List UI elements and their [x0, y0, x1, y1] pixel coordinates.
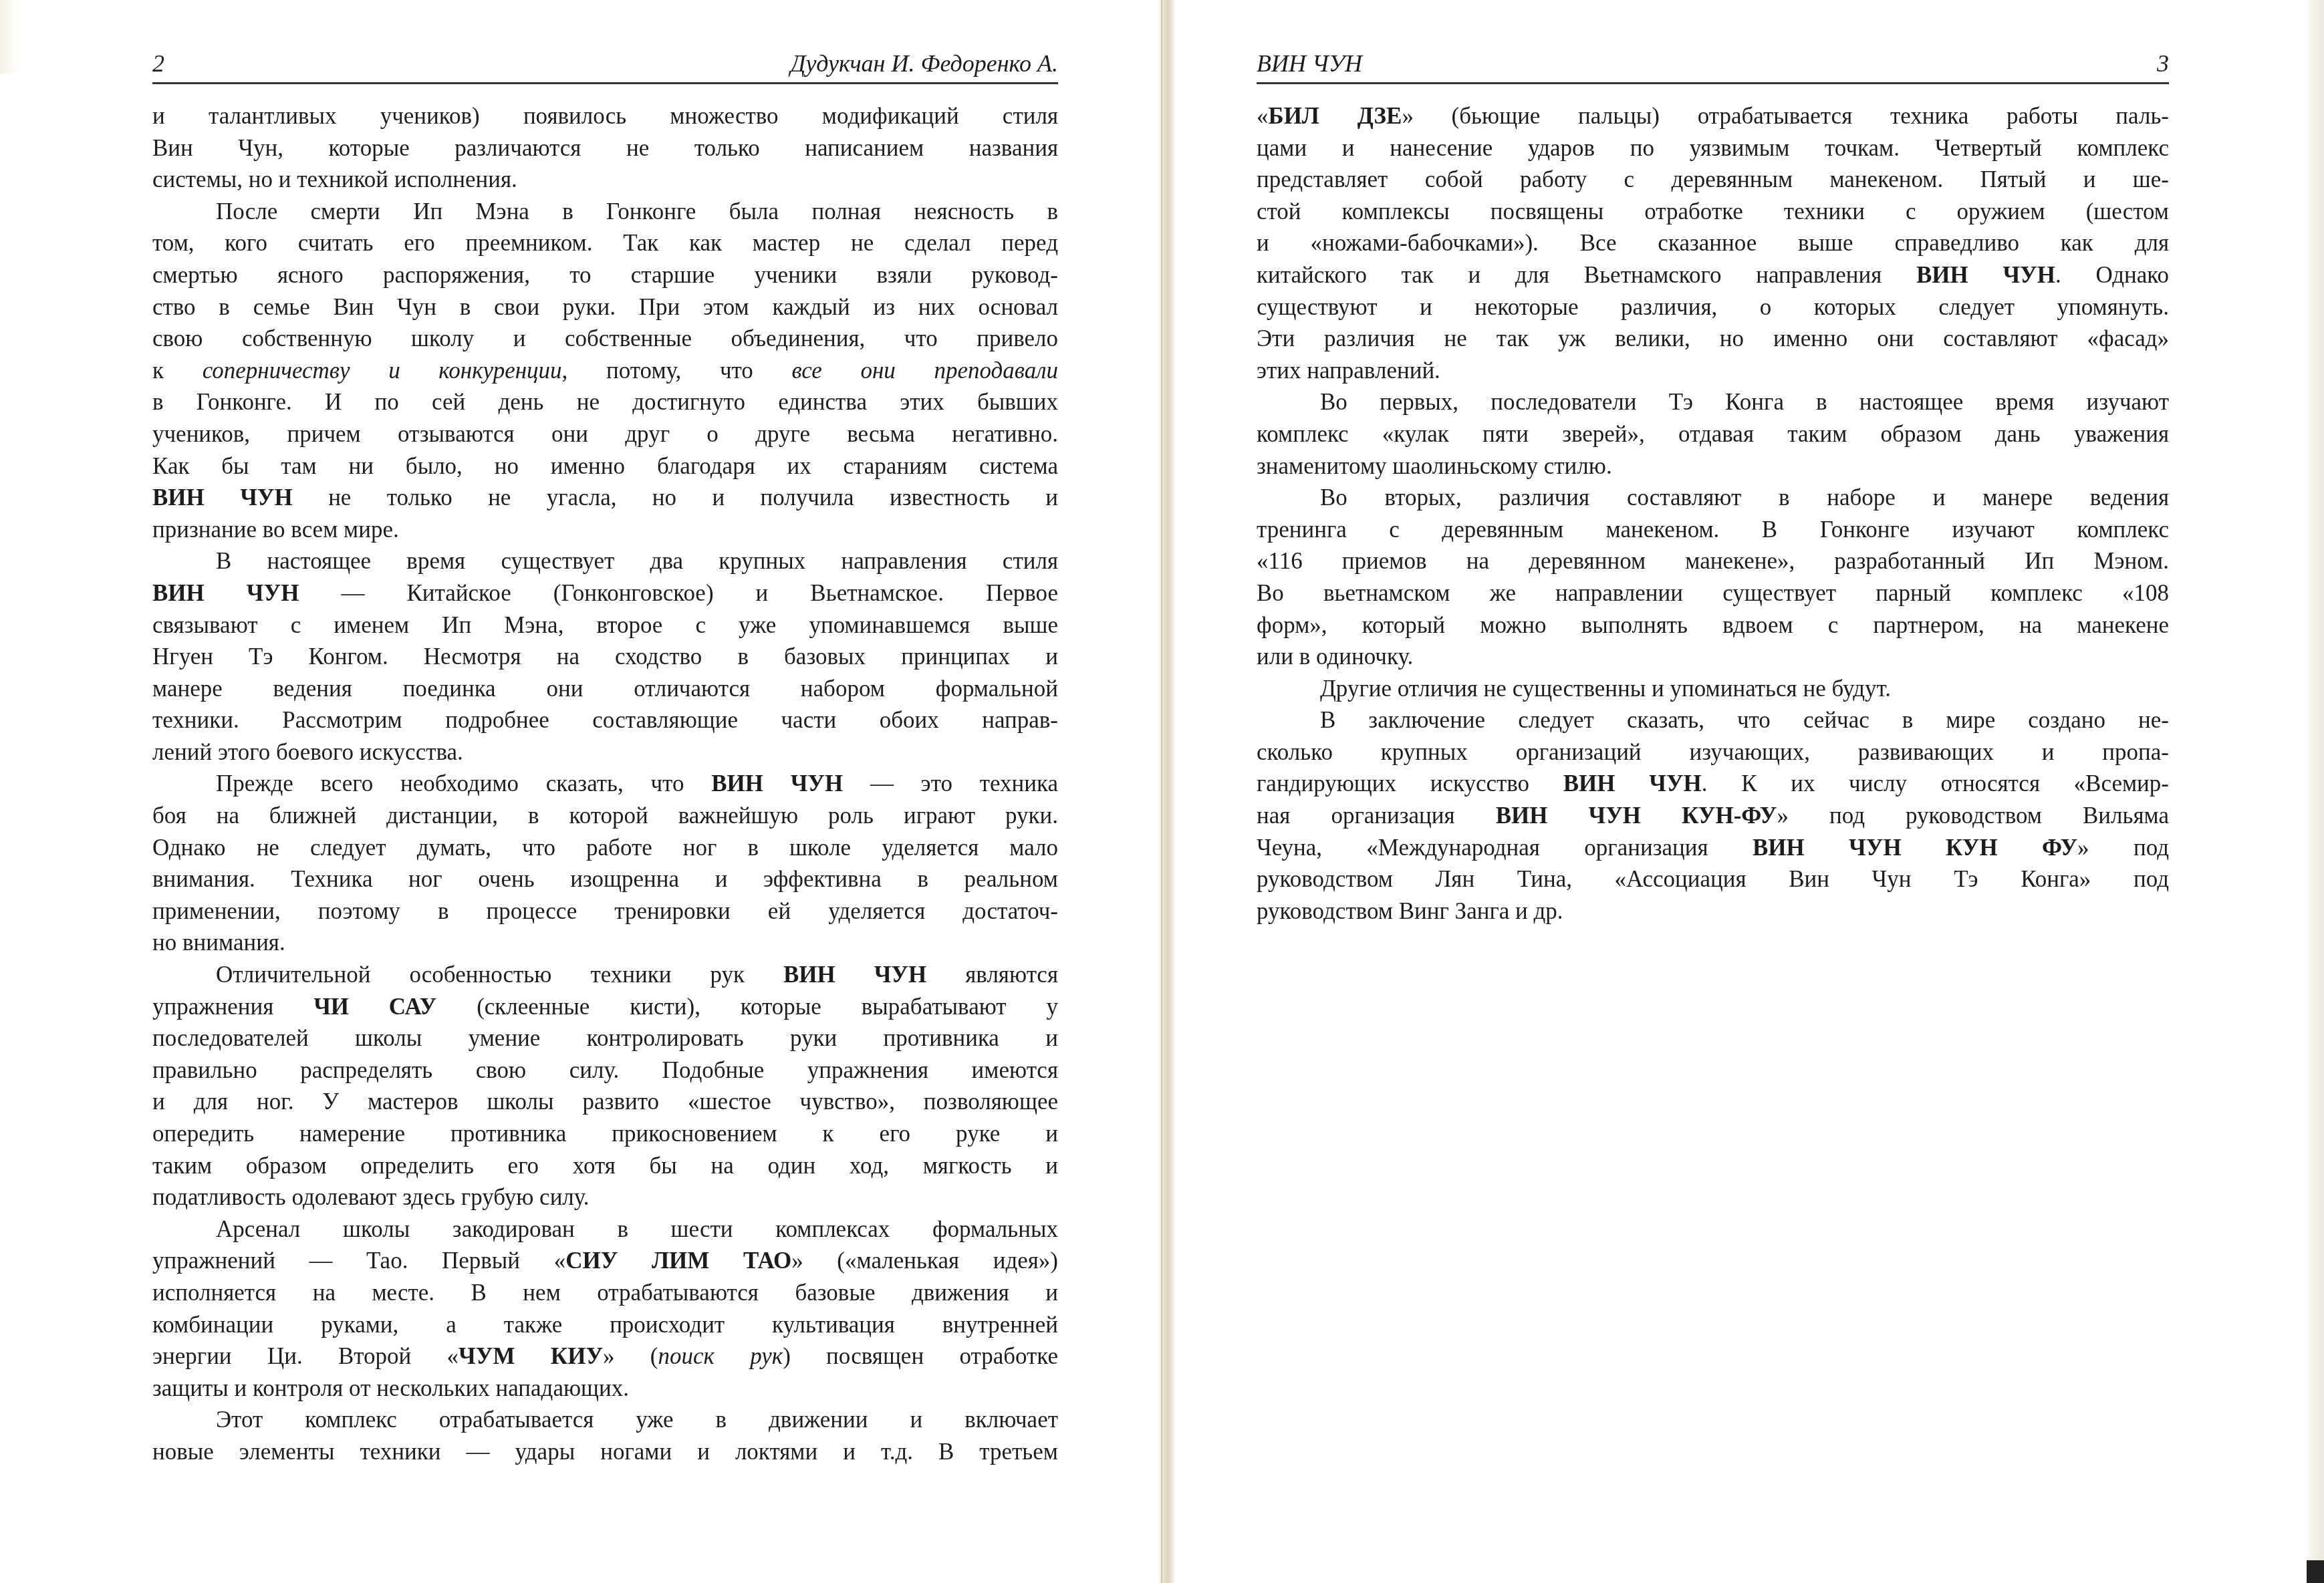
- text-line: форм», который можно выполнять вдвоем с …: [1257, 609, 2169, 641]
- page-header: ВИН ЧУН 3: [1257, 43, 2169, 84]
- text-line: и талантливых учеников) появилось множес…: [152, 100, 1058, 132]
- text-line: Как бы там ни было, но именно благодаря …: [152, 450, 1058, 482]
- text-line: упражнений — Тао. Первый «СИУ ЛИМ ТАО» (…: [152, 1245, 1058, 1277]
- text-line: Во вьетнамском же направлении существует…: [1257, 577, 2169, 609]
- text-line: существуют и некоторые различия, о котор…: [1257, 291, 2169, 323]
- text-line: применении, поэтому в процессе тренировк…: [152, 895, 1058, 927]
- scan-corner-mark: [2307, 1560, 2324, 1583]
- text-line: в Гонконге. И по сей день не достигнуто …: [152, 386, 1058, 418]
- page-header: 2 Дудукчан И. Федоренко А.: [152, 43, 1058, 84]
- header-rule: [1257, 82, 2169, 84]
- text-line: этих направлений.: [1257, 355, 2169, 387]
- text-line: знаменитому шаолиньскому стилю.: [1257, 450, 2169, 482]
- text-line: комплекс «кулак пяти зверей», отдавая та…: [1257, 418, 2169, 450]
- text-line: «БИЛ ДЗЕ» (бьющие пальцы) отрабатывается…: [1257, 100, 2169, 132]
- text-line: Чеуна, «Международная организация ВИН ЧУ…: [1257, 832, 2169, 864]
- text-line: манере ведения поединка они отличаются н…: [152, 673, 1058, 705]
- book-spread: 2 Дудукчан И. Федоренко А. и талантливых…: [0, 0, 2324, 1583]
- text-line: лений этого боевого искусства.: [152, 736, 1058, 768]
- page-number: 3: [2157, 43, 2169, 84]
- text-line: энергии Ци. Второй «ЧУМ КИУ» (поиск рук)…: [152, 1340, 1058, 1373]
- text-line: ная организация ВИН ЧУН КУН-ФУ» под руко…: [1257, 800, 2169, 832]
- text-line: связывают с именем Ип Мэна, второе с уже…: [152, 609, 1058, 641]
- text-line: Вин Чун, которые различаются не только н…: [152, 132, 1058, 164]
- text-line: ство в семье Вин Чун в свои руки. При эт…: [152, 291, 1058, 323]
- text-line: Во первых, последователи Тэ Конга в наст…: [1257, 386, 2169, 418]
- page-edge: [2305, 0, 2324, 1583]
- text-line: Другие отличия не существенны и упоминат…: [1257, 673, 2169, 705]
- text-line: новые элементы техники — удары ногами и …: [152, 1436, 1058, 1468]
- text-line: и «ножами-бабочками»). Все сказанное выш…: [1257, 227, 2169, 259]
- text-line: Этот комплекс отрабатывается уже в движе…: [152, 1404, 1058, 1436]
- text-line: или в одиночку.: [1257, 641, 2169, 673]
- left-page: 2 Дудукчан И. Федоренко А. и талантливых…: [0, 0, 1160, 1583]
- text-line: боя на ближней дистанции, в которой важн…: [152, 800, 1058, 832]
- text-line: Прежде всего необходимо сказать, что ВИН…: [152, 768, 1058, 800]
- text-line: правильно распределять свою силу. Подобн…: [152, 1054, 1058, 1087]
- text-line: податливость одолевают здесь грубую силу…: [152, 1181, 1058, 1213]
- text-line: «116 приемов на деревянном манекене», ра…: [1257, 545, 2169, 577]
- text-line: представляет собой работу с деревянным м…: [1257, 164, 2169, 196]
- text-line: Арсенал школы закодирован в шести компле…: [152, 1213, 1058, 1246]
- text-line: стой комплексы посвящены отработке техни…: [1257, 196, 2169, 228]
- text-line: смертью ясного распоряжения, то старшие …: [152, 259, 1058, 291]
- text-line: руководством Лян Тина, «Ассоциация Вин Ч…: [1257, 863, 2169, 895]
- text-line: Однако не следует думать, что работе ног…: [152, 832, 1058, 864]
- text-line: к соперничеству и конкуренции, потому, ч…: [152, 355, 1058, 387]
- text-line: техники. Рассмотрим подробнее составляющ…: [152, 704, 1058, 736]
- text-line: свою собственную школу и собственные объ…: [152, 323, 1058, 355]
- text-line: китайского так и для Вьетнамского направ…: [1257, 259, 2169, 291]
- text-line: упражнения ЧИ САУ (склеенные кисти), кот…: [152, 991, 1058, 1023]
- text-line: но внимания.: [152, 927, 1058, 959]
- text-line: Нгуен Тэ Конгом. Несмотря на сходство в …: [152, 641, 1058, 673]
- text-line: комбинации руками, а также происходит ку…: [152, 1309, 1058, 1341]
- text-line: В заключение следует сказать, что сейчас…: [1257, 704, 2169, 736]
- body-text: и талантливых учеников) появилось множес…: [152, 100, 1058, 1468]
- running-head-authors: Дудукчан И. Федоренко А.: [791, 43, 1058, 84]
- text-line: защиты и контроля от нескольких нападающ…: [152, 1373, 1058, 1405]
- text-line: В настоящее время существует два крупных…: [152, 545, 1058, 577]
- body-text: «БИЛ ДЗЕ» (бьющие пальцы) отрабатывается…: [1257, 100, 2169, 927]
- text-line: последователей школы умение контролирова…: [152, 1022, 1058, 1054]
- text-line: признание во всем мире.: [152, 514, 1058, 546]
- text-line: ВИН ЧУН — Китайское (Гонконговское) и Вь…: [152, 577, 1058, 609]
- text-line: таким образом определить его хотя бы на …: [152, 1150, 1058, 1182]
- text-line: гандирующих искусство ВИН ЧУН. К их числ…: [1257, 768, 2169, 800]
- text-line: Эти различия не так уж велики, но именно…: [1257, 323, 2169, 355]
- text-line: и для ног. У мастеров школы развито «шес…: [152, 1086, 1058, 1118]
- text-line: учеников, причем отзываются они друг о д…: [152, 418, 1058, 450]
- text-line: руководством Винг Занга и др.: [1257, 895, 2169, 927]
- text-line: системы, но и техникой исполнения.: [152, 164, 1058, 196]
- text-line: тренинга с деревянным манекеном. В Гонко…: [1257, 514, 2169, 546]
- text-line: внимания. Техника ног очень изощренна и …: [152, 863, 1058, 895]
- running-head-title: ВИН ЧУН: [1257, 43, 1362, 84]
- book-gutter: [1158, 0, 1176, 1583]
- text-line: Во вторых, различия составляют в наборе …: [1257, 482, 2169, 514]
- text-line: Отличительной особенностью техники рук В…: [152, 959, 1058, 991]
- text-line: том, кого считать его преемником. Так ка…: [152, 227, 1058, 259]
- text-line: цами и нанесение ударов по уязвимым точк…: [1257, 132, 2169, 164]
- header-rule: [152, 82, 1058, 84]
- text-line: После смерти Ип Мэна в Гонконге была пол…: [152, 196, 1058, 228]
- text-line: сколько крупных организаций изучающих, р…: [1257, 736, 2169, 768]
- text-line: опередить намерение противника прикоснов…: [152, 1118, 1058, 1150]
- page-number: 2: [152, 43, 164, 84]
- text-line: исполняется на месте. В нем отрабатывают…: [152, 1277, 1058, 1309]
- right-page: ВИН ЧУН 3 «БИЛ ДЗЕ» (бьющие пальцы) отра…: [1176, 0, 2324, 1583]
- text-line: ВИН ЧУН не только не угасла, но и получи…: [152, 482, 1058, 514]
